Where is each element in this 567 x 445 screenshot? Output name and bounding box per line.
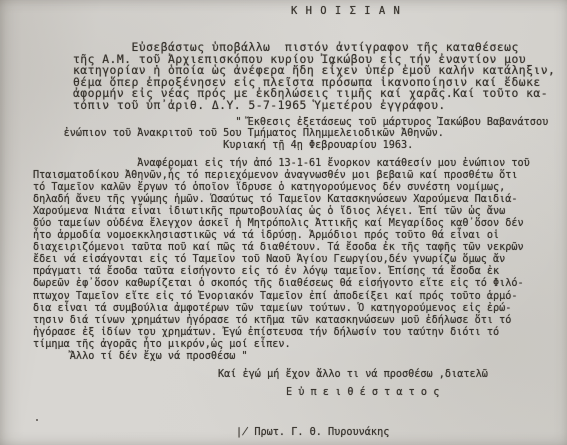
text-line: " Ἔκθεσις ἐξετάσεως τοῦ μάρτυρος Ἰακώβου…: [33, 117, 548, 128]
text-line: διαχειριζόμενοι ταῦτα ποῦ καί πῶς τά δια…: [33, 242, 530, 254]
text-line: Ἄλλο τί δέν ἔχω νά προσθέσω ": [33, 351, 530, 363]
text-line: Πταισματοδίκου Ἀθηνῶν,ἧς τό περιεχόμενον…: [33, 170, 530, 182]
text-line: Ἀναφέρομαι εἰς τήν ἀπό 13-1-61 ἔνορκον κ…: [33, 158, 530, 170]
text-line: ἦτο ἁρμοδία νομοεκκλησιαστικῶς νά τά ἱδρ…: [33, 230, 530, 242]
text-line: ἐνώπιον τοῦ Ἀνακριτοῦ τοῦ 5ου Τμήματος Π…: [33, 128, 548, 139]
text-line: τησιν διά τίνων χρημάτων ἠγόρασε τό κτῆμ…: [33, 315, 530, 327]
text-line: δια εἶναι τά συμβούλια ἀμφοτέρων τῶν ταμ…: [33, 303, 530, 315]
text-line: πτωχον Ταμεῖον εἴτε εἰς τό Ἐνοριακόν Ταμ…: [33, 291, 530, 303]
text-line: τίμημα τῆς ἀγορᾶς ἦτο μικρόν,ὡς μοί εἶπε…: [33, 339, 530, 351]
testimony-paragraph: Ἀναφέρομαι εἰς τήν ἀπό 13-1-61 ἔνορκον κ…: [33, 158, 530, 363]
document-header-title: Κ Η Ο Ι Σ Ι Α Ν: [291, 5, 401, 17]
deposition-title-block: " Ἔκθεσις ἐξετάσεως τοῦ μάρτυρος Ἰακώβου…: [33, 117, 548, 151]
scanned-document-page: Κ Η Ο Ι Σ Ι Α Ν Εὐσεβάστως ὑποβάλλω πιστ…: [0, 0, 567, 445]
text-line: τό Ταμεῖον καλῶν ἔργων τό ὁποῖον ἵδρυσε …: [33, 182, 530, 194]
text-line: ἠγόρασε ἐξ ἰδίων του χρημάτων. Ἐγώ ἐπίστ…: [33, 327, 530, 339]
text-line: δύο ταμείων οὐδένα ἔλεγχον ἀσκεῖ ἡ Μητρό…: [33, 218, 530, 230]
scan-artifact-dot: [36, 419, 38, 421]
text-line: τόπιν τοῦ ὑπ᾽ἀριθ. Δ.Υ. 5-7-1965 Ὑμετέρο…: [73, 100, 555, 112]
text-line: πράγματι τά ἔσοδα ταῦτα εἰσήγοντο εἰς τό…: [33, 266, 530, 278]
text-line: δηλαδή ἄνευ τῆς γνώμης ἡμῶν. Ὡσαύτως τό …: [33, 194, 530, 206]
valediction-line: Ε ὐ π ε ι θ έ σ τ α τ ο ς: [286, 387, 439, 398]
text-line: Κυριακή τῇ 4ῃ Φεβρουαρίου 1963.: [33, 140, 548, 151]
closing-line: Καί ἐγώ μή ἔχον ἄλλο τι νά προσθέσω ,δια…: [218, 369, 488, 380]
intro-paragraph: Εὐσεβάστως ὑποβάλλω πιστόν ἀντίγραφον τῆ…: [73, 42, 555, 112]
text-line: Χαρούμενα Νιάτα εἶναι ἰδιωτικῆς πρωτοβου…: [33, 206, 530, 218]
text-line: δωρεῶν ἐφ᾽ὅσον καθωρίζεται ὁ σκοπός τῆς …: [33, 278, 530, 290]
signature-line: ∤ Πρωτ. Γ. Θ. Πυρουνάκης: [236, 427, 389, 438]
text-line: ἔδει νά εἰσάγονται εἰς τό Ταμεῖον τοῦ Να…: [33, 254, 530, 266]
